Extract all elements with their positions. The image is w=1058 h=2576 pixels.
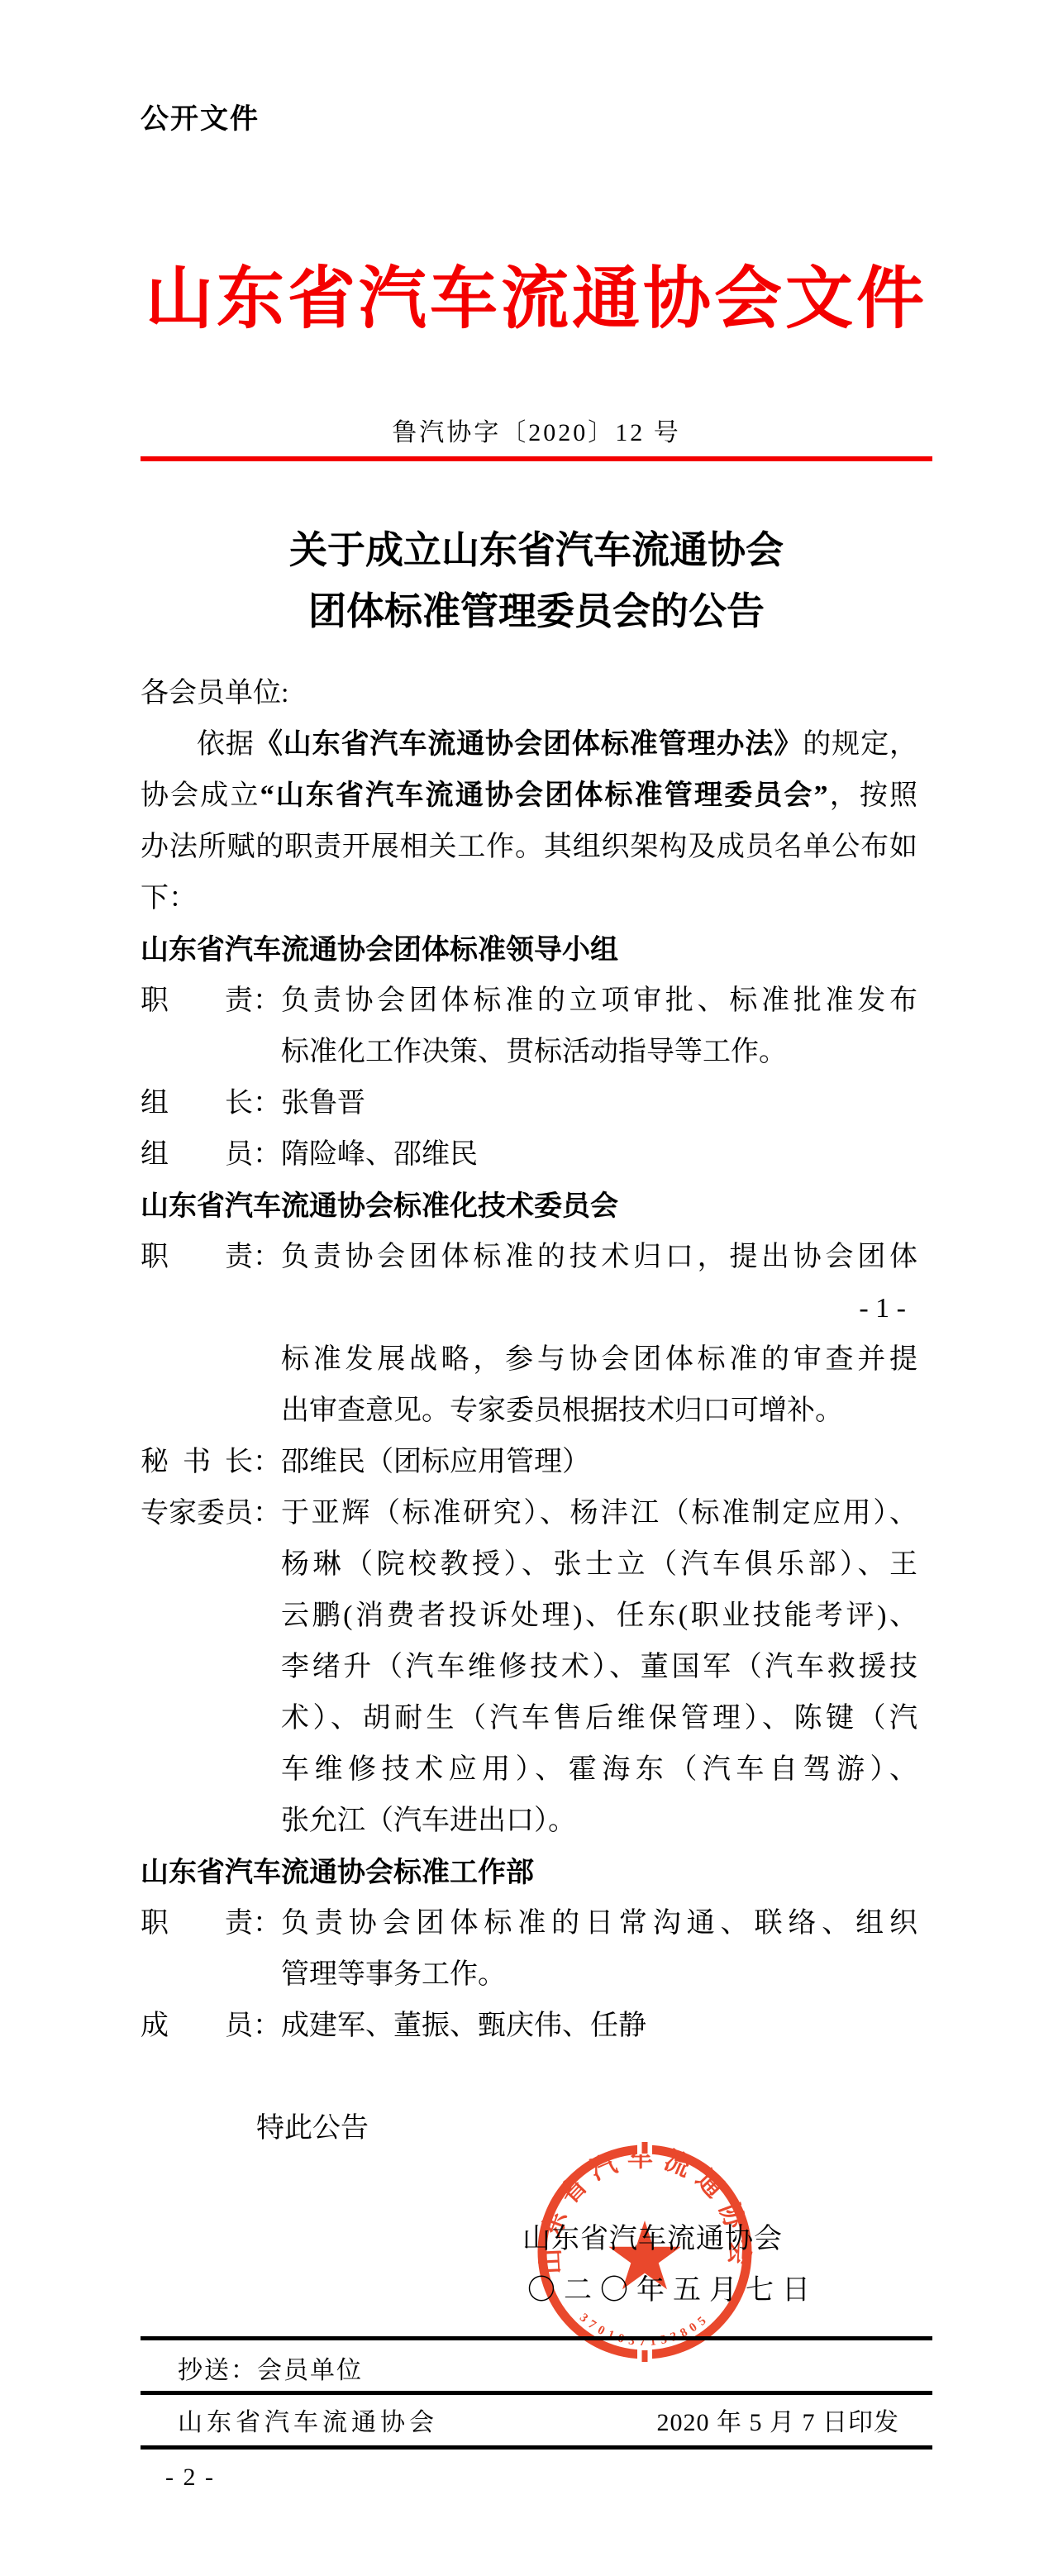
row-label: 职责 bbox=[141, 976, 253, 1027]
labeled-row: 职责：负责协会团体标准的技术归口，提出协会团体- 1 -标准发展战略，参与协会团… bbox=[141, 1232, 917, 1437]
document-page: 公开文件 山东省汽车流通协会文件 鲁汽协字〔2020〕12 号 关于成立山东省汽… bbox=[0, 0, 1058, 2576]
announcement-title-line1: 关于成立山东省汽车流通协会 bbox=[141, 519, 932, 580]
intro-segment: 协会成立 bbox=[141, 780, 260, 811]
page-number-2: - 2 - bbox=[165, 2464, 215, 2492]
row-label: 秘书长 bbox=[141, 1437, 253, 1488]
cc-row: 抄送：会员单位 bbox=[141, 2353, 932, 2389]
row-content-line: 管理等事务工作。 bbox=[281, 1949, 917, 2001]
intro-line: 下： bbox=[141, 873, 917, 924]
row-content: 于亚辉（标准研究）、杨沣江（标准制定应用）、杨琳（院校教授）、张士立（汽车俱乐部… bbox=[281, 1488, 917, 1847]
row-label: 组长 bbox=[141, 1078, 253, 1129]
row-content: 隋险峰、邵维民 bbox=[281, 1129, 917, 1181]
row-label-colon: ： bbox=[253, 1129, 281, 1181]
row-label: 职责 bbox=[141, 1898, 253, 1949]
seal-top-notch-tick bbox=[642, 2142, 648, 2154]
org-document-title: 山东省汽车流通协会文件 bbox=[141, 245, 932, 341]
section-heading: 山东省汽车流通协会标准工作部 bbox=[141, 1847, 917, 1898]
row-content-line: 标准化工作决策、贯标活动指导等工作。 bbox=[281, 1027, 917, 1078]
row-label-colon: ： bbox=[253, 2001, 281, 2052]
page-number-1: - 1 - bbox=[281, 1283, 917, 1334]
row-content-line: 负责协会团体标准的立项审批、标准批准发布 bbox=[281, 976, 917, 1027]
row-content-line: 李绪升（汽车维修技术）、董国军（汽车救援技 bbox=[281, 1642, 917, 1693]
row-label-colon: ： bbox=[253, 1078, 281, 1129]
intro-bold-segment: 《山东省汽车流通协会团体标准管理办法》 bbox=[255, 729, 803, 760]
official-seal: 山东省汽车流通协会 3701037133805 bbox=[529, 2136, 760, 2368]
row-content-line: 标准发展战略，参与协会团体标准的审查并提 bbox=[281, 1334, 917, 1386]
seal-graphic: 山东省汽车流通协会 3701037133805 bbox=[529, 2136, 760, 2368]
row-label-colon: ： bbox=[253, 1488, 281, 1539]
row-label: 职责 bbox=[141, 1232, 253, 1283]
intro-segment: ，按照 bbox=[828, 780, 917, 811]
row-content: 邵维民（团标应用管理） bbox=[281, 1437, 917, 1488]
announcement-title-line2: 团体标准管理委员会的公告 bbox=[141, 580, 932, 642]
row-label-colon: ： bbox=[253, 1232, 281, 1283]
row-content-line: 杨琳（院校教授）、张士立（汽车俱乐部）、王 bbox=[281, 1539, 917, 1591]
labeled-row: 专家委员：于亚辉（标准研究）、杨沣江（标准制定应用）、杨琳（院校教授）、张士立（… bbox=[141, 1488, 917, 1847]
print-row: 山东省汽车流通协会 2020 年 5 月 7 日印发 bbox=[141, 2402, 932, 2444]
intro-line: 依据《山东省汽车流通协会团体标准管理办法》的规定， bbox=[141, 719, 917, 770]
row-content-line: 术）、胡耐生（汽车售后维保管理）、陈键（汽 bbox=[281, 1693, 917, 1744]
document-body: 各会员单位: 依据《山东省汽车流通协会团体标准管理办法》的规定，协会成立“山东省… bbox=[141, 668, 917, 2154]
footer-rule-middle bbox=[141, 2391, 932, 2395]
intro-line: 协会成立“山东省汽车流通协会团体标准管理委员会”，按照 bbox=[141, 770, 917, 822]
intro-line: 办法所赋的职责开展相关工作。其组织架构及成员名单公布如 bbox=[141, 822, 917, 873]
row-label: 专家委员 bbox=[141, 1488, 253, 1539]
intro-segment: 办法所赋的职责开展相关工作。其组织架构及成员名单公布如 bbox=[141, 832, 917, 862]
red-divider-rule bbox=[141, 456, 932, 461]
footer-print-date: 2020 年 5 月 7 日印发 bbox=[657, 2402, 900, 2444]
section-heading: 山东省汽车流通协会团体标准领导小组 bbox=[141, 924, 917, 976]
row-content: 张鲁晋 bbox=[281, 1078, 917, 1129]
row-content-line: 隋险峰、邵维民 bbox=[281, 1129, 917, 1181]
footer-rule-top bbox=[141, 2336, 932, 2340]
row-content-line: 负责协会团体标准的技术归口，提出协会团体 bbox=[281, 1232, 917, 1283]
row-content-line: 于亚辉（标准研究）、杨沣江（标准制定应用）、 bbox=[281, 1488, 917, 1539]
footer-issuer: 山东省汽车流通协会 bbox=[178, 2402, 438, 2444]
row-label-colon: ： bbox=[253, 1437, 281, 1488]
classification-label: 公开文件 bbox=[141, 96, 260, 136]
labeled-row: 组长：张鲁晋 bbox=[141, 1078, 917, 1129]
row-label: 组员 bbox=[141, 1129, 253, 1181]
row-content-line: 成建军、董振、甄庆伟、任静 bbox=[281, 2001, 917, 2052]
announcement-title: 关于成立山东省汽车流通协会 团体标准管理委员会的公告 bbox=[141, 519, 932, 642]
intro-segment: 的规定， bbox=[803, 729, 917, 760]
row-content: 负责协会团体标准的立项审批、标准批准发布标准化工作决策、贯标活动指导等工作。 bbox=[281, 976, 917, 1078]
labeled-row: 组员：隋险峰、邵维民 bbox=[141, 1129, 917, 1181]
labeled-row: 职责：负责协会团体标准的日常沟通、联络、组织管理等事务工作。 bbox=[141, 1898, 917, 2001]
row-content: 负责协会团体标准的技术归口，提出协会团体- 1 -标准发展战略，参与协会团体标准… bbox=[281, 1232, 917, 1437]
section-heading: 山东省汽车流通协会标准化技术委员会 bbox=[141, 1181, 917, 1232]
row-content-line: 云鹏(消费者投诉处理)、任东(职业技能考评)、 bbox=[281, 1591, 917, 1642]
footer-rule-bottom bbox=[141, 2445, 932, 2450]
seal-star-icon bbox=[608, 2221, 680, 2289]
document-number: 鲁汽协字〔2020〕12 号 bbox=[141, 412, 932, 448]
row-content-line: 张鲁晋 bbox=[281, 1078, 917, 1129]
intro-bold-segment: “山东省汽车流通协会团体标准管理委员会” bbox=[260, 780, 828, 811]
labeled-row: 职责：负责协会团体标准的立项审批、标准批准发布标准化工作决策、贯标活动指导等工作… bbox=[141, 976, 917, 1078]
intro-segment: 下： bbox=[141, 883, 197, 914]
row-content-line: 邵维民（团标应用管理） bbox=[281, 1437, 917, 1488]
salutation: 各会员单位: bbox=[141, 668, 917, 719]
intro-segment: 依据 bbox=[197, 729, 255, 760]
row-content: 成建军、董振、甄庆伟、任静 bbox=[281, 2001, 917, 2052]
row-content-line: 出审查意见。专家委员根据技术归口可增补。 bbox=[281, 1386, 917, 1437]
row-content-line: 张允江（汽车进出口）。 bbox=[281, 1796, 917, 1847]
row-content-line: 车维修技术应用）、霍海东（汽车自驾游）、 bbox=[281, 1744, 917, 1796]
row-content-line: 负责协会团体标准的日常沟通、联络、组织 bbox=[281, 1898, 917, 1949]
row-label: 成员 bbox=[141, 2001, 253, 2052]
labeled-row: 秘书长：邵维民（团标应用管理） bbox=[141, 1437, 917, 1488]
row-label-colon: ： bbox=[253, 1898, 281, 1949]
row-label-colon: ： bbox=[253, 976, 281, 1027]
row-content: 负责协会团体标准的日常沟通、联络、组织管理等事务工作。 bbox=[281, 1898, 917, 2001]
blank-line bbox=[141, 2052, 917, 2103]
labeled-row: 成员：成建军、董振、甄庆伟、任静 bbox=[141, 2001, 917, 2052]
